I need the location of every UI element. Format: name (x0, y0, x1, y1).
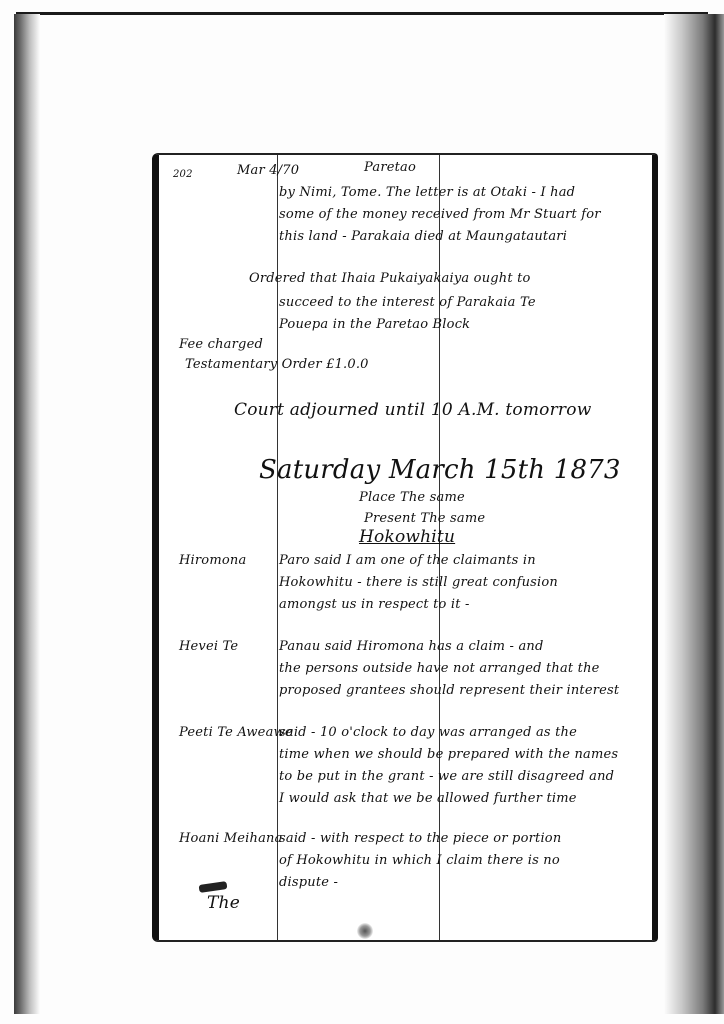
order-line: Pouepa in the Paretao Block (279, 317, 470, 332)
session-place: Place The same (359, 490, 465, 505)
order-line: succeed to the interest of Parakaia Te (279, 295, 536, 310)
fee-heading: Fee charged (179, 337, 263, 352)
statement-line: Paro said I am one of the claimants in (279, 553, 536, 568)
statement-line: dispute - (279, 875, 338, 890)
statement-line: to be put in the grant - we are still di… (279, 769, 614, 784)
evidence-line: this land - Parakaia died at Maungatauta… (279, 229, 567, 244)
scan-left-shadow (14, 14, 40, 1014)
order-line: Ordered that Ihaia Pukaiyakaiya ought to (249, 271, 531, 286)
speaker-name: Hevei Te (179, 639, 238, 654)
minute-book-page: 202 Mar 4/70 Paretao by Nimi, Tome. The … (152, 153, 658, 942)
speaker-name: Hiromona (179, 553, 246, 568)
speaker-name: Hoani Meihana (179, 831, 283, 846)
statement-line: said - 10 o'clock to day was arranged as… (279, 725, 577, 740)
session-date-heading: Saturday March 15th 1873 (259, 455, 621, 485)
block-title: Hokowhitu (359, 527, 455, 547)
margin-date-note: Mar 4/70 (237, 163, 299, 178)
evidence-line: by Nimi, Tome. The letter is at Otaki - … (279, 185, 575, 200)
adjournment-line: Court adjourned until 10 A.M. tomorrow (234, 400, 591, 420)
statement-line: proposed grantees should represent their… (279, 683, 619, 698)
statement-line: the persons outside have not arranged th… (279, 661, 600, 676)
page-reference: 202 (173, 169, 193, 180)
statement-line: of Hokowhitu in which I claim there is n… (279, 853, 560, 868)
case-title: Paretao (364, 160, 416, 175)
ink-smudge (357, 923, 373, 939)
statement-line: said - with respect to the piece or port… (279, 831, 561, 846)
scan-top-edge (16, 12, 708, 15)
catchword: The (207, 893, 240, 913)
scan-right-shadow (664, 14, 724, 1014)
statement-line: time when we should be prepared with the… (279, 747, 618, 762)
statement-line: Panau said Hiromona has a claim - and (279, 639, 544, 654)
statement-line: I would ask that we be allowed further t… (279, 791, 577, 806)
session-present: Present The same (364, 511, 485, 526)
statement-line: amongst us in respect to it - (279, 597, 470, 612)
evidence-line: some of the money received from Mr Stuar… (279, 207, 601, 222)
speaker-name: Peeti Te Aweawe (179, 725, 293, 740)
fee-line: Testamentary Order £1.0.0 (185, 357, 369, 372)
statement-line: Hokowhitu - there is still great confusi… (279, 575, 558, 590)
ink-blot (199, 881, 228, 893)
